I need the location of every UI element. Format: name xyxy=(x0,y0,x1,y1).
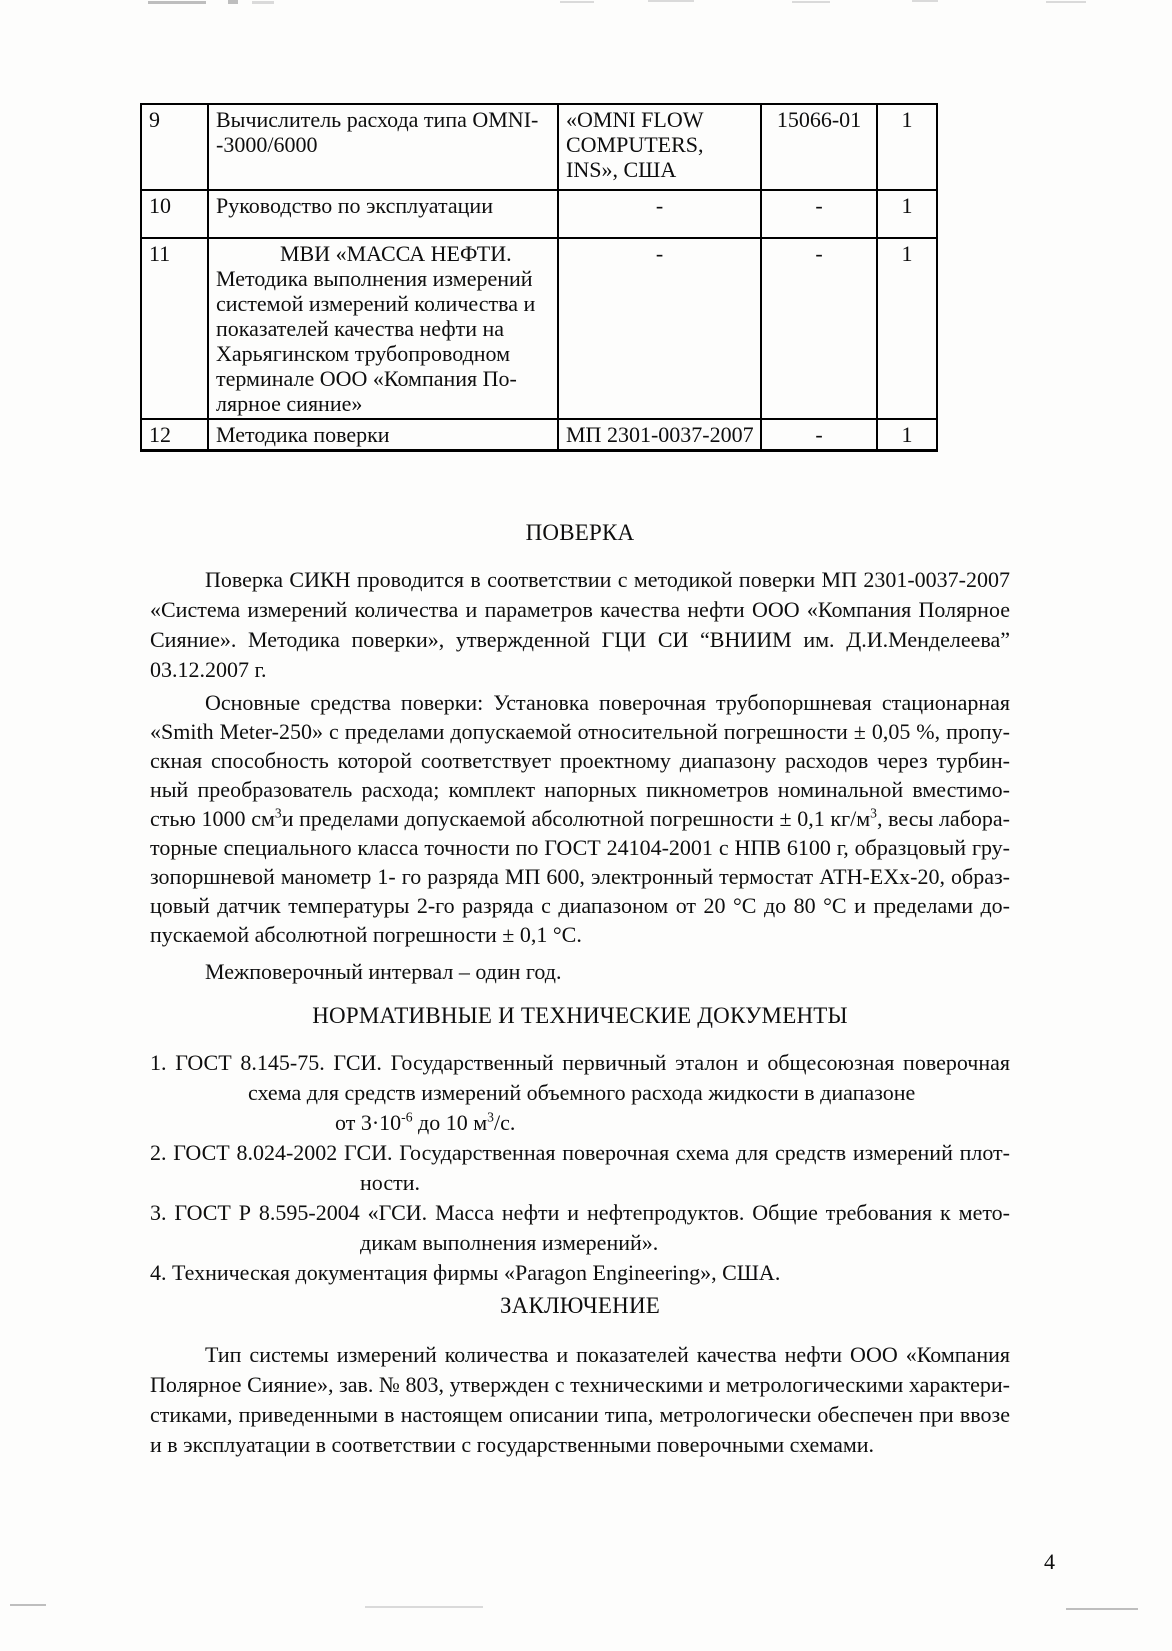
cell-quantity: 1 xyxy=(877,104,937,190)
text-line: Межповерочный интервал – один год. xyxy=(150,957,1010,987)
cert-number: - xyxy=(769,241,869,266)
superscript: 3 xyxy=(275,806,282,821)
superscript: -6 xyxy=(401,1110,412,1125)
scan-artifact-bottom xyxy=(1066,1608,1138,1610)
scan-artifact-top xyxy=(648,0,694,2)
cell-quantity: 1 xyxy=(877,238,937,419)
list-item-line: 2. ГОСТ 8.024-2002 ГСИ. Государственная … xyxy=(150,1138,1010,1168)
text-line: «Система измерений количества и параметр… xyxy=(150,595,1010,625)
section-heading-documents: НОРМАТИВНЫЕ И ТЕХНИЧЕСКИЕ ДОКУМЕНТЫ xyxy=(150,1003,1010,1029)
row-number: 10 xyxy=(149,193,200,218)
row-number: 9 xyxy=(149,107,200,132)
cell-cert-number: - xyxy=(761,419,877,451)
text-line: -3000/6000 xyxy=(216,132,550,157)
list-item-line: дикам выполнения измерений». xyxy=(360,1228,1010,1258)
text-line: Тип системы измерений количества и показ… xyxy=(150,1340,1010,1370)
cell-manufacturer: «OMNI FLOW COMPUTERS, INS», США xyxy=(558,104,761,190)
scan-artifact-top xyxy=(1046,1,1086,3)
text-line: и в эксплуатации в соответствии с госуда… xyxy=(150,1430,1010,1460)
paragraph-interval: Межповерочный интервал – один год. xyxy=(150,957,1010,987)
list-item-line: 3. ГОСТ Р 8.595-2004 «ГСИ. Масса нефти и… xyxy=(150,1198,1010,1228)
scan-artifact-bottom xyxy=(365,1606,483,1608)
text-line: терминале ООО «Компания По- xyxy=(216,366,550,391)
cell-row-number: 12 xyxy=(141,419,208,451)
cell-quantity: 1 xyxy=(877,190,937,238)
paragraph-conclusion: Тип системы измерений количества и показ… xyxy=(150,1340,1010,1460)
text-line: - xyxy=(566,193,753,218)
section-heading-poverka: ПОВЕРКА xyxy=(150,520,1010,546)
text-segment: , весы лабора- xyxy=(877,806,1010,831)
text-line: INS», США xyxy=(566,157,753,182)
text-line: Полярное Сияние», зав. № 803, утвержден … xyxy=(150,1370,1010,1400)
quantity: 1 xyxy=(885,193,929,218)
text-line: скная способность которой соответствует … xyxy=(150,746,1010,775)
text-line: Основные средства поверки: Установка пов… xyxy=(150,688,1010,717)
scan-artifact-top xyxy=(228,0,238,4)
list-item-line: 4. Техническая документация фирмы «Parag… xyxy=(150,1258,1010,1288)
scan-artifact-top xyxy=(912,0,938,2)
cert-number: 15066-01 xyxy=(769,107,869,132)
cell-cert-number: 15066-01 xyxy=(761,104,877,190)
quantity: 1 xyxy=(885,422,929,447)
text-line: Поверка СИКН проводится в соответствии с… xyxy=(150,565,1010,595)
section-heading-conclusion: ЗАКЛЮЧЕНИЕ xyxy=(150,1293,1010,1319)
paragraph-poverka-1: Поверка СИКН проводится в соответствии с… xyxy=(150,565,1010,685)
text-line: Методика выполнения измерений xyxy=(216,266,550,291)
cell-item-name: Методика поверки xyxy=(208,419,558,451)
cell-row-number: 10 xyxy=(141,190,208,238)
row-number: 11 xyxy=(149,241,200,266)
text-line: Харьягинском трубопроводном xyxy=(216,341,550,366)
document-page: 9 Вычислитель расхода типа OMNI- -3000/6… xyxy=(0,0,1172,1651)
text-line: лярное сияние» xyxy=(216,391,550,416)
list-item-line: схема для средств измерений объемного ра… xyxy=(248,1078,1010,1108)
cell-item-name: МВИ «МАССА НЕФТИ. Методика выполнения из… xyxy=(208,238,558,419)
text-line: ный преобразователь расхода; комплект на… xyxy=(150,775,1010,804)
text-line: «OMNI FLOW xyxy=(566,107,753,132)
text-segment: стью 1000 см xyxy=(150,806,275,831)
documents-list: 1. ГОСТ 8.145-75. ГСИ. Государственный п… xyxy=(150,1048,1010,1288)
scan-artifact-top xyxy=(252,1,274,4)
text-line: МП 2301-0037-2007 xyxy=(566,422,753,447)
text-line: цовый датчик температуры 2-го разряда с … xyxy=(150,891,1010,920)
cell-item-name: Руководство по эксплуатации xyxy=(208,190,558,238)
scan-artifact-top xyxy=(560,1,594,3)
cell-quantity: 1 xyxy=(877,419,937,451)
page-number: 4 xyxy=(1044,1549,1055,1575)
quantity: 1 xyxy=(885,241,929,266)
list-item-line: ности. xyxy=(360,1168,1010,1198)
text-line: стиками, приведенными в настоящем описан… xyxy=(150,1400,1010,1430)
text-segment: до 10 м xyxy=(413,1110,488,1135)
cell-cert-number: - xyxy=(761,238,877,419)
table-row: 12 Методика поверки МП 2301-0037-2007 - … xyxy=(141,419,937,451)
quantity: 1 xyxy=(885,107,929,132)
text-line: «Smith Meter-250» с пределами допускаемо… xyxy=(150,717,1010,746)
cell-manufacturer: МП 2301-0037-2007 xyxy=(558,419,761,451)
text-line: Вычислитель расхода типа OMNI- xyxy=(216,107,550,132)
cert-number: - xyxy=(769,422,869,447)
row-number: 12 xyxy=(149,422,200,447)
superscript: 3 xyxy=(870,806,877,821)
text-line: Сияние». Методика поверки», утвержденной… xyxy=(150,625,1010,655)
text-line: показателей качества нефти на xyxy=(216,316,550,341)
scan-artifact-bottom xyxy=(10,1604,46,1606)
text-line: МВИ «МАССА НЕФТИ. xyxy=(216,241,550,266)
table-row: 10 Руководство по эксплуатации - - 1 xyxy=(141,190,937,238)
cert-number: - xyxy=(769,193,869,218)
cell-row-number: 9 xyxy=(141,104,208,190)
cell-manufacturer: - xyxy=(558,238,761,419)
scan-artifact-top xyxy=(792,1,830,3)
cell-cert-number: - xyxy=(761,190,877,238)
text-segment: и пределами допускаемой абсолютной погре… xyxy=(282,806,870,831)
paragraph-poverka-2: Основные средства поверки: Установка пов… xyxy=(150,688,1010,949)
text-segment: /с. xyxy=(494,1110,515,1135)
cell-item-name: Вычислитель расхода типа OMNI- -3000/600… xyxy=(208,104,558,190)
text-line: зопоршневой манометр 1- го разряда МП 60… xyxy=(150,862,1010,891)
text-line: - xyxy=(566,241,753,266)
text-line: торные специального класса точности по Г… xyxy=(150,833,1010,862)
text-line: системой измерений количества и xyxy=(216,291,550,316)
text-line: стью 1000 см3и пределами допускаемой абс… xyxy=(150,804,1010,833)
text-line: Методика поверки xyxy=(216,422,550,447)
table-row: 11 МВИ «МАССА НЕФТИ. Методика выполнения… xyxy=(141,238,937,419)
table-row: 9 Вычислитель расхода типа OMNI- -3000/6… xyxy=(141,104,937,190)
text-line: 03.12.2007 г. xyxy=(150,655,1010,685)
text-line: COMPUTERS, xyxy=(566,132,753,157)
list-item-line: 1. ГОСТ 8.145-75. ГСИ. Государственный п… xyxy=(150,1048,1010,1078)
list-item-line: от 3·10-6 до 10 м3/с. xyxy=(335,1108,1010,1138)
cell-manufacturer: - xyxy=(558,190,761,238)
text-line: пускаемой абсолютной погрешности ± 0,1 °… xyxy=(150,920,1010,949)
text-line: Руководство по эксплуатации xyxy=(216,193,550,218)
equipment-table: 9 Вычислитель расхода типа OMNI- -3000/6… xyxy=(140,103,938,452)
superscript: 3 xyxy=(487,1110,494,1125)
text-segment: от 3·10 xyxy=(335,1110,401,1135)
scan-artifact-top xyxy=(148,1,206,4)
cell-row-number: 11 xyxy=(141,238,208,419)
